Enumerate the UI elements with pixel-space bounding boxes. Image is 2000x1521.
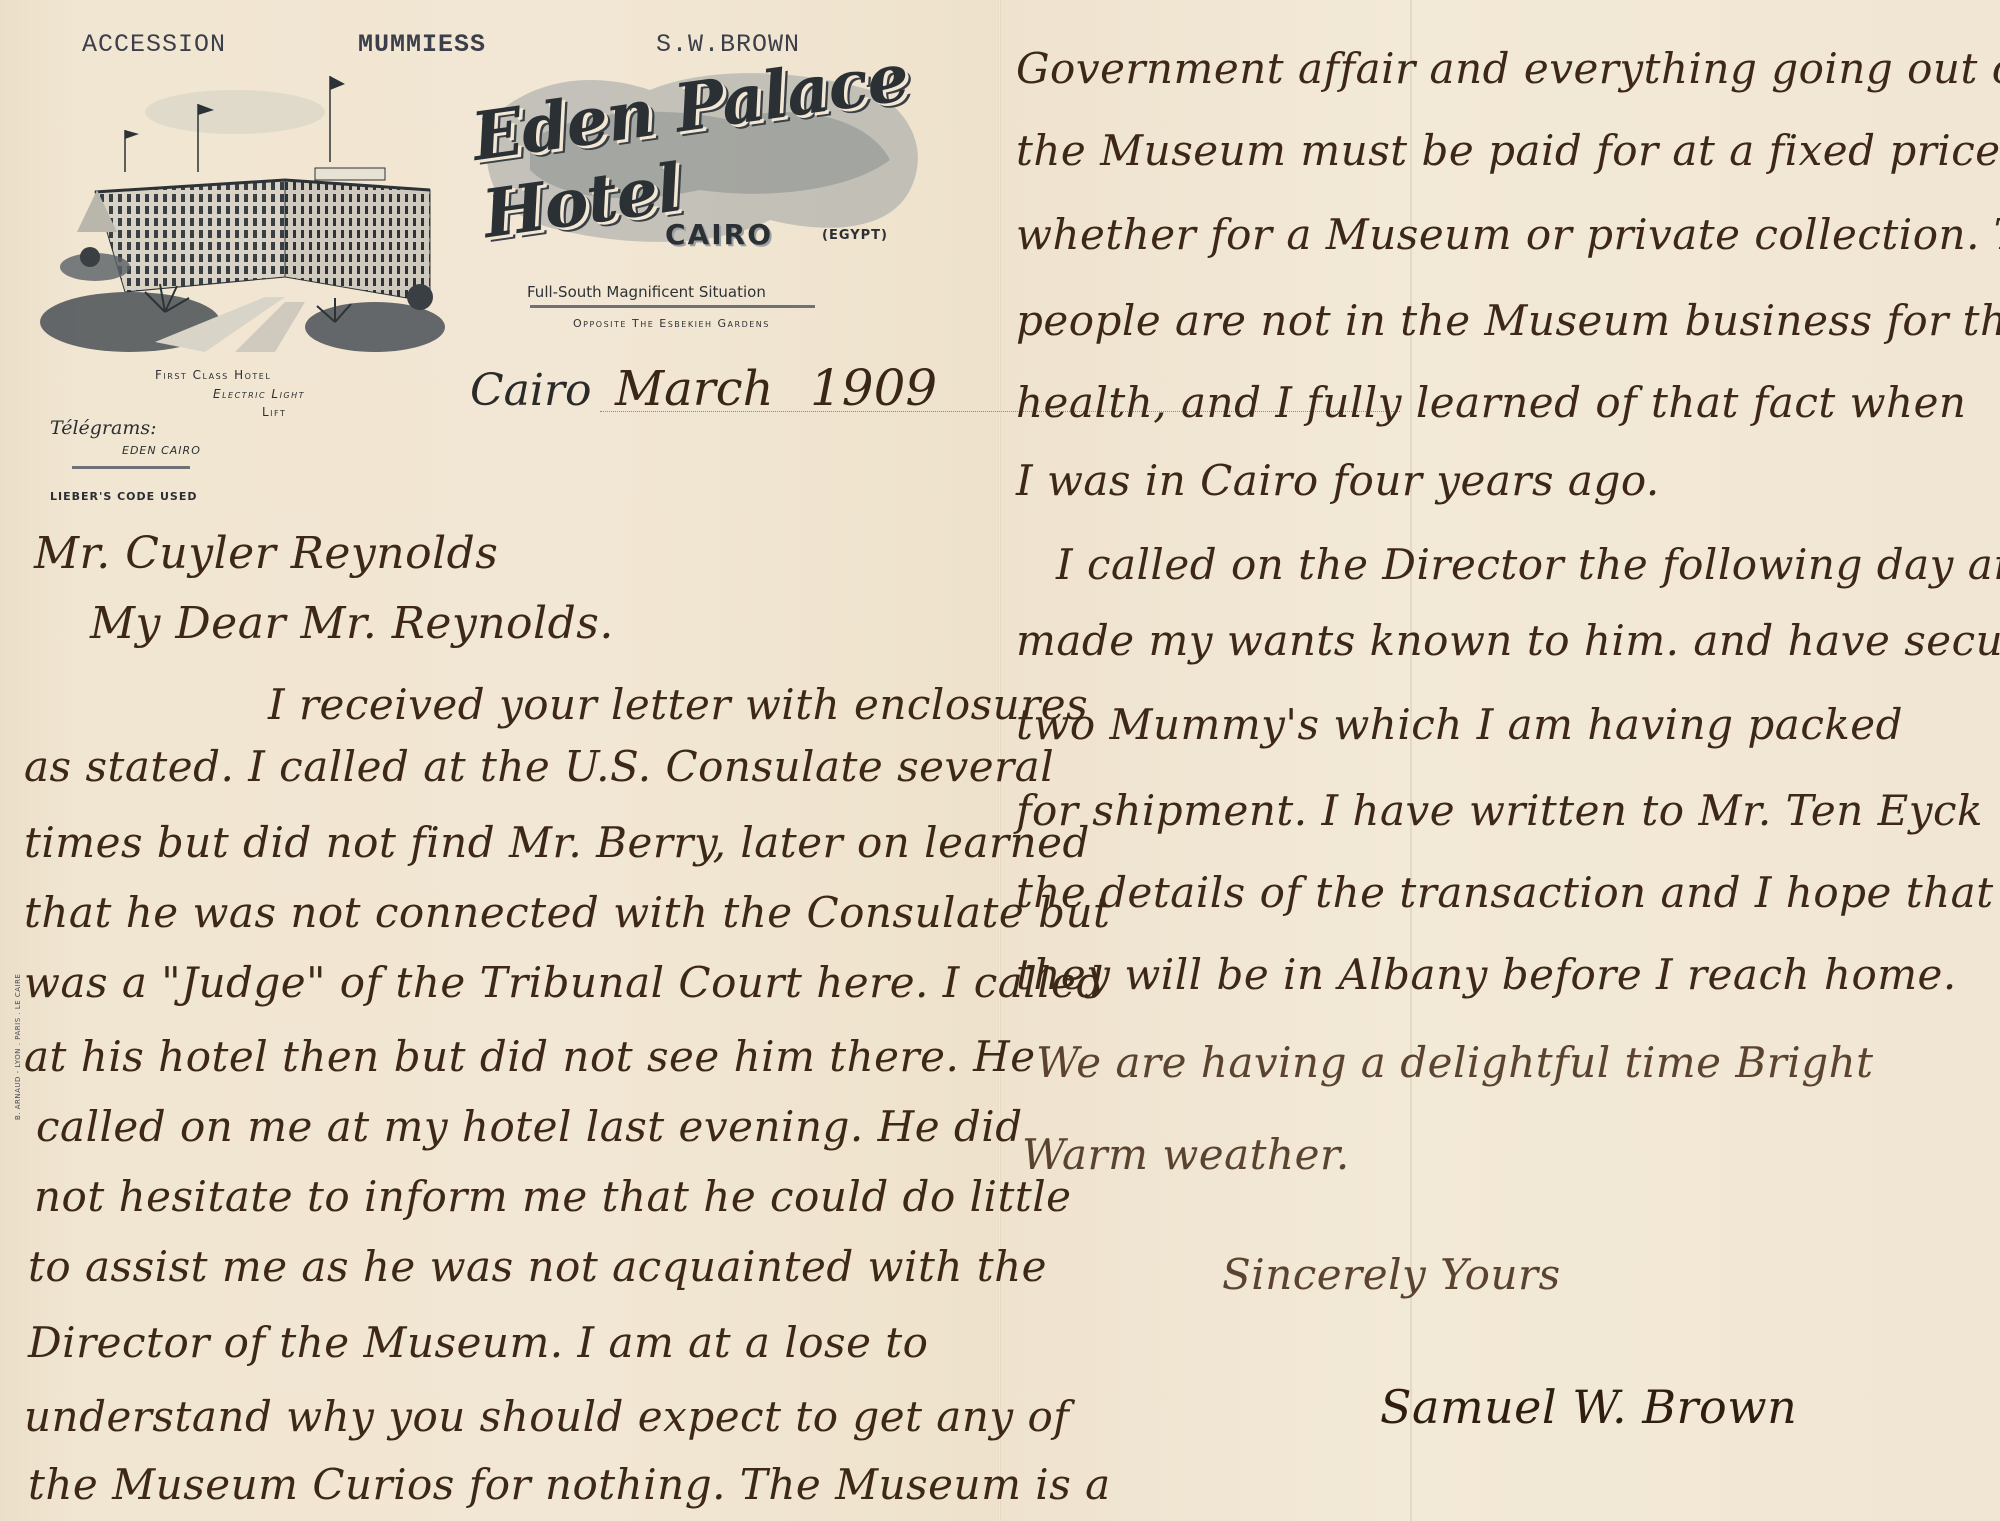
letter-signature: Samuel W. Brown: [1380, 1380, 1797, 1434]
printer-imprint: B. ARNAUD - LYON . PARIS . LE CAIRE: [14, 974, 22, 1120]
body-line: times but did not find Mr. Berry, later …: [24, 818, 1090, 867]
hotel-logo: Eden Palace Hotel CAIRO (EGYPT): [470, 60, 940, 260]
telegrams-rule: [72, 466, 190, 469]
body-line: Warm weather.: [1022, 1130, 1350, 1179]
amenity-first-class: First Class Hotel: [155, 368, 271, 382]
hotel-engraving-illustration: [35, 72, 465, 352]
body-line: people are not in the Museum business fo…: [1016, 296, 2000, 345]
body-line: two Mummy's which I am having packed: [1016, 700, 1903, 749]
letter-recipient: Mr. Cuyler Reynolds: [34, 528, 498, 579]
amenity-electric-light: Electric Light: [213, 387, 305, 401]
body-line: they will be in Albany before I reach ho…: [1016, 950, 1957, 999]
body-line: health, and I fully learned of that fact…: [1016, 378, 1966, 427]
body-line: understand why you should expect to get …: [24, 1392, 1069, 1441]
body-line: made my wants known to him. and have sec…: [1016, 616, 2000, 665]
telegrams-address: EDEN CAIRO: [122, 444, 201, 457]
body-line: called on me at my hotel last evening. H…: [36, 1102, 1023, 1151]
code-used-note: LIEBER'S CODE USED: [50, 490, 198, 503]
hotel-location: Opposite The Esbekieh Gardens: [573, 317, 770, 330]
body-line: not hesitate to inform me that he could …: [34, 1172, 1071, 1221]
body-line: was a "Judge" of the Tribunal Court here…: [24, 958, 1104, 1007]
hotel-building-icon: [35, 72, 465, 352]
body-line: at his hotel then but did not see him th…: [24, 1032, 1036, 1081]
date-year: 1909: [810, 359, 937, 417]
body-line: to assist me as he was not acquainted wi…: [28, 1242, 1047, 1291]
body-line: I called on the Director the following d…: [1056, 540, 2000, 589]
body-line: whether for a Museum or private collecti…: [1016, 210, 2000, 259]
body-line: that he was not connected with the Consu…: [24, 888, 1110, 937]
hotel-tagline: Full-South Magnificent Situation: [527, 283, 766, 301]
hotel-country: (EGYPT): [822, 228, 888, 243]
body-line: We are having a delightful time Bright: [1036, 1038, 1874, 1087]
body-line: I was in Cairo four years ago.: [1016, 456, 1660, 505]
date-month: March: [615, 361, 774, 417]
dateline: Cairo March 1909: [470, 365, 940, 425]
body-line: I received your letter with enclosures: [268, 680, 1088, 729]
hotel-city: CAIRO: [665, 218, 773, 251]
body-line: the Museum must be paid for at a fixed p…: [1016, 126, 2000, 175]
letter-closing: Sincerely Yours: [1222, 1250, 1561, 1299]
body-line: as stated. I called at the U.S. Consulat…: [24, 742, 1054, 791]
amenity-lift: Lift: [262, 405, 286, 419]
stamp-accession: ACCESSION: [82, 30, 226, 59]
body-line: for shipment. I have written to Mr. Ten …: [1016, 786, 1983, 835]
stamp-subject: MUMMIESS: [358, 30, 486, 59]
body-line: the Museum Curios for nothing. The Museu…: [28, 1460, 1111, 1509]
date-place: Cairo: [470, 365, 592, 416]
body-line: the details of the transaction and I hop…: [1016, 868, 1994, 917]
body-line: Government affair and everything going o…: [1016, 44, 2000, 93]
letter-salutation: My Dear Mr. Reynolds.: [90, 598, 614, 649]
telegrams-label: Télégrams:: [50, 417, 157, 439]
body-line: Director of the Museum. I am at a lose t…: [28, 1318, 928, 1367]
tagline-rule: [530, 305, 815, 308]
